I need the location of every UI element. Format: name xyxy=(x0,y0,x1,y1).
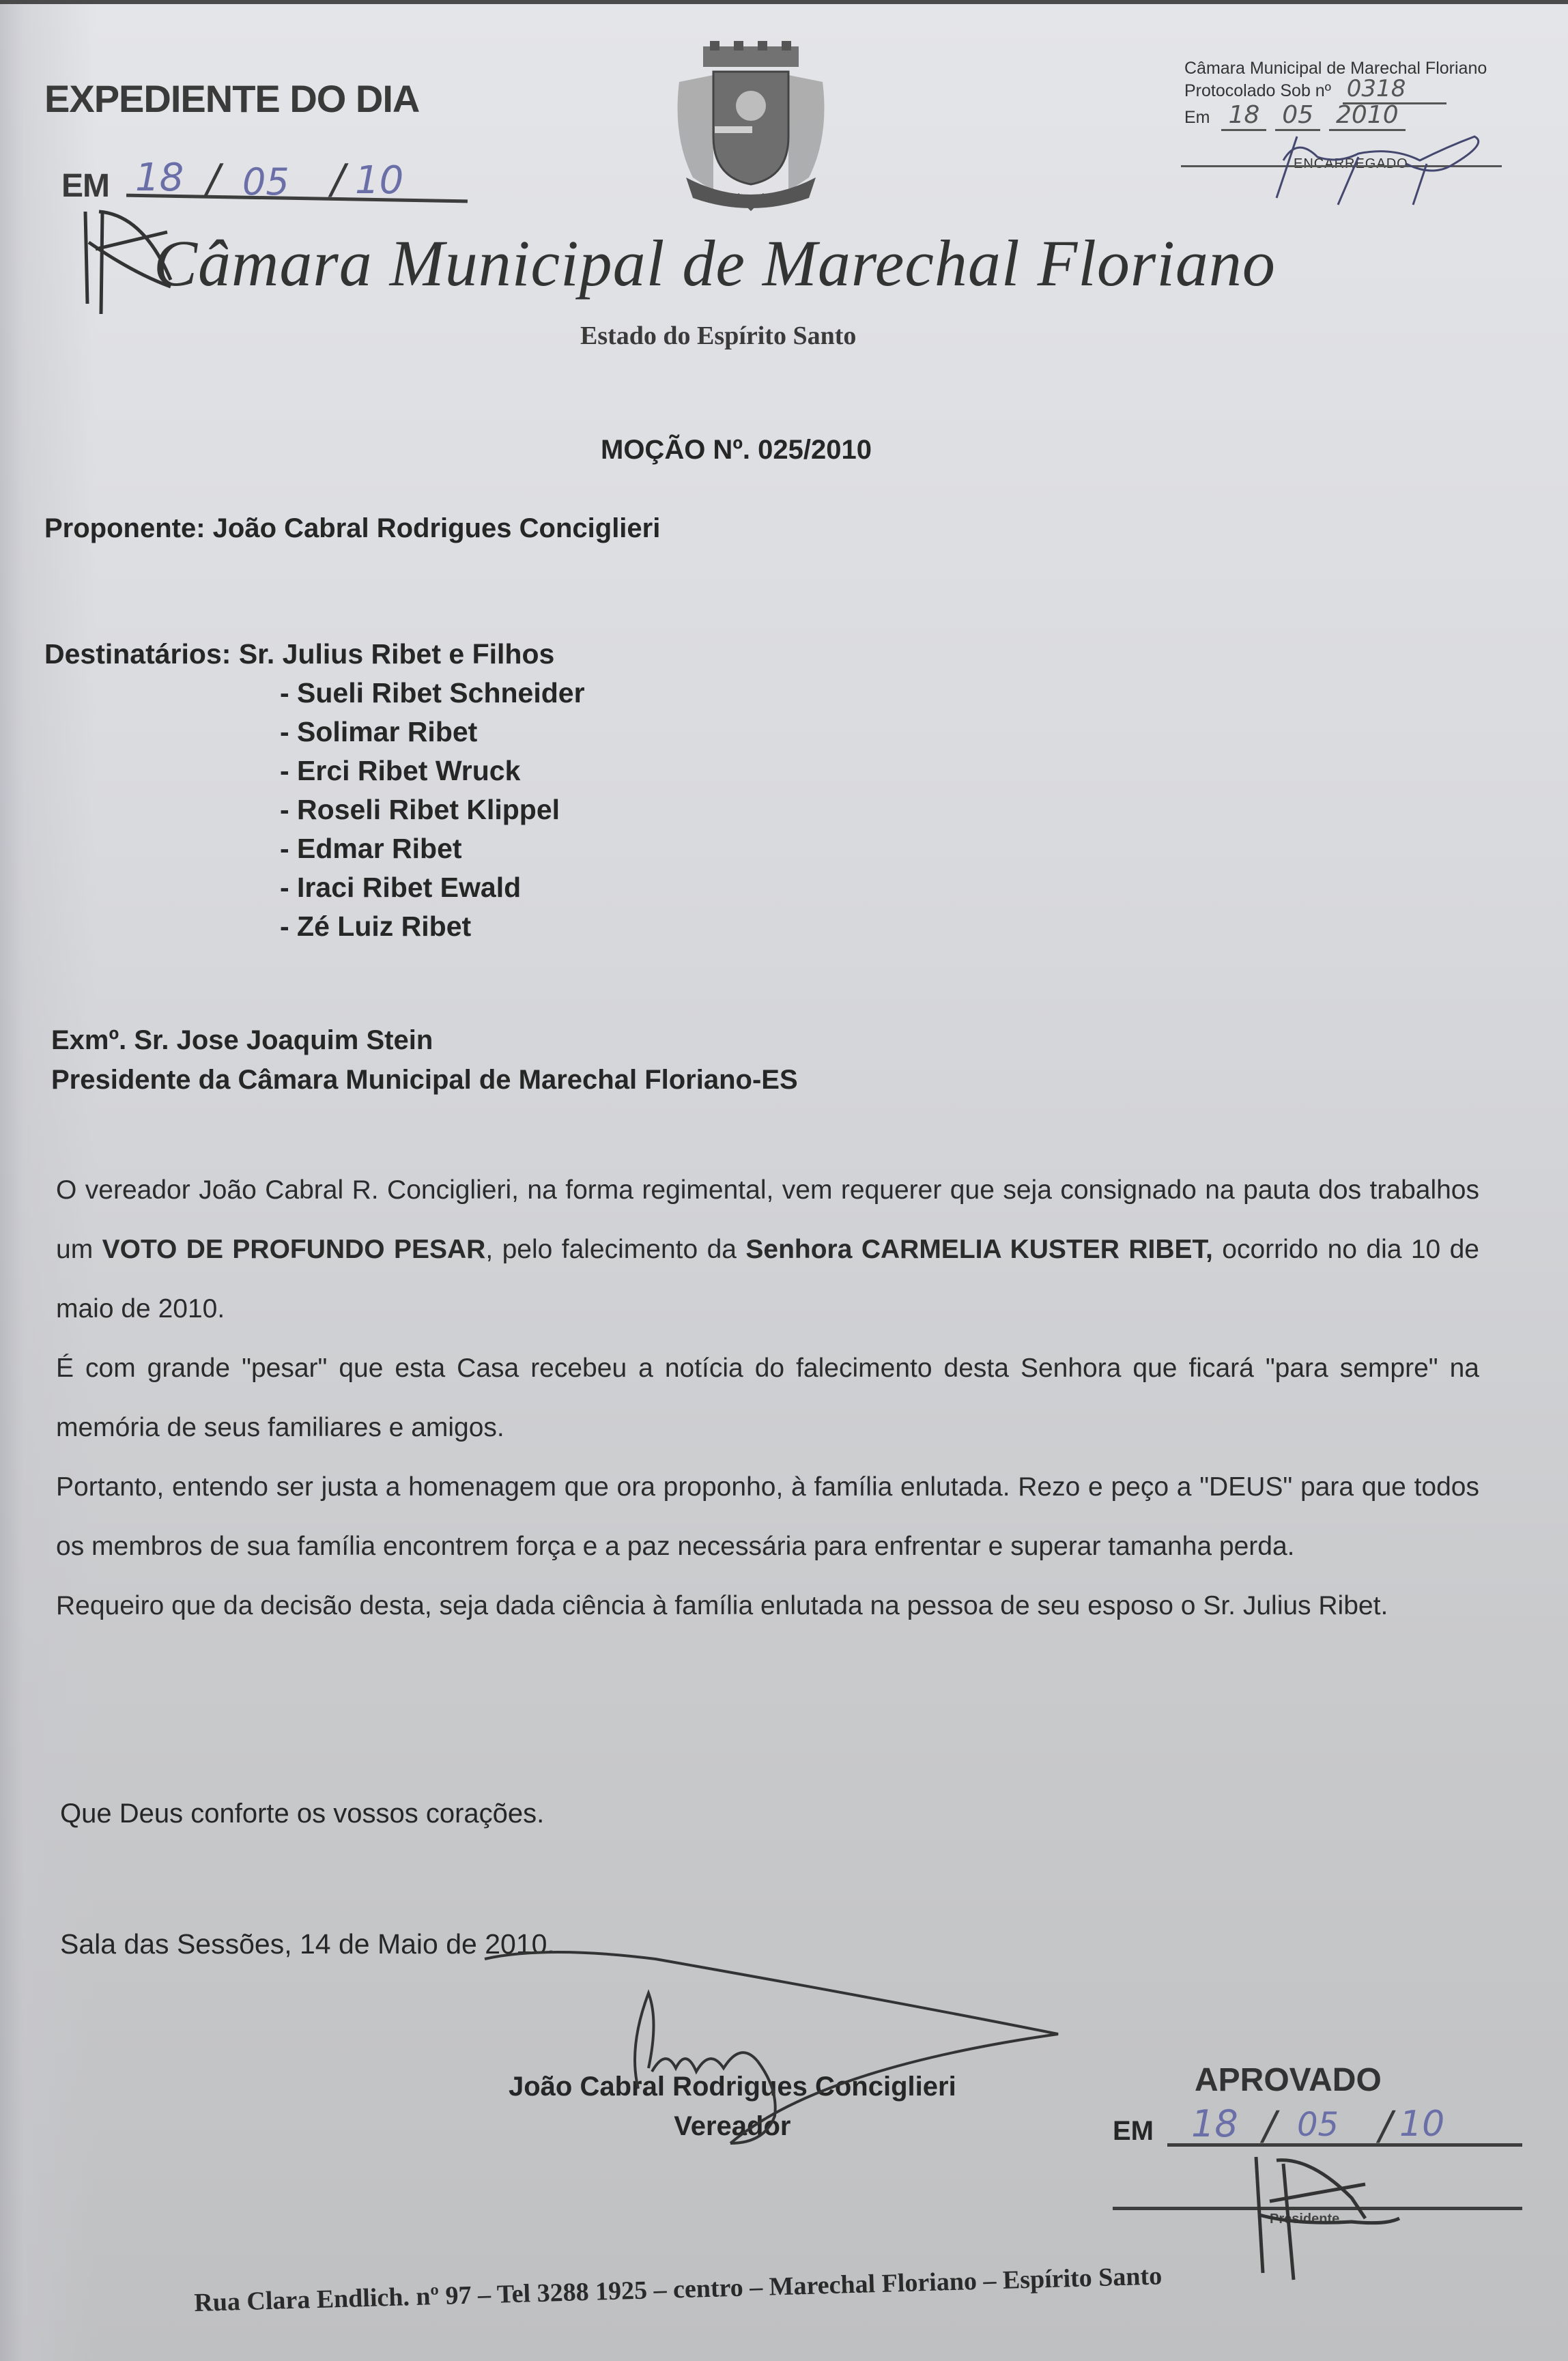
signer-name: João Cabral Rodrigues Conciglieri xyxy=(509,2067,956,2106)
addressee-block: Exmº. Sr. Jose Joaquim Stein Presidente … xyxy=(51,1020,798,1100)
letterhead-subtitle: Estado do Espírito Santo xyxy=(580,321,856,351)
protocol-number-label: Protocolado Sob nº xyxy=(1184,81,1331,100)
approval-date-day: 18 xyxy=(1191,2102,1238,2145)
recipient-item: - Solimar Ribet xyxy=(44,713,585,752)
motion-number: MOÇÃO Nº. 025/2010 xyxy=(601,435,872,466)
approval-date-sep1: / xyxy=(1263,2102,1277,2149)
body-emphasis-vote: VOTO DE PROFUNDO PESAR xyxy=(102,1235,486,1264)
place-date: Sala das Sessões, 14 de Maio de 2010. xyxy=(60,1928,555,1960)
protocol-date-year: 2010 xyxy=(1329,101,1406,131)
protocol-signature-line xyxy=(1181,165,1502,167)
expediente-date-month: 05 xyxy=(242,160,289,203)
protocol-number-value: 0318 xyxy=(1343,75,1447,104)
recipient-item: - Edmar Ribet xyxy=(44,829,585,868)
protocol-date-month: 05 xyxy=(1275,101,1320,131)
footer-address: Rua Clara Endlich. nº 97 – Tel 3288 1925… xyxy=(194,2261,1163,2318)
motion-proponent: Proponente: João Cabral Rodrigues Concig… xyxy=(44,513,660,544)
closing-line: Que Deus conforte os vossos corações. xyxy=(60,1799,544,1829)
body-paragraph-4: Requeiro que da decisão desta, seja dada… xyxy=(56,1576,1479,1635)
expediente-em-label: EM xyxy=(61,167,109,205)
recipients-label: Destinatários: xyxy=(44,638,231,670)
recipients-head: Sr. Julius Ribet e Filhos xyxy=(239,638,555,670)
body-emphasis-deceased: Senhora CARMELIA KUSTER RIBET, xyxy=(745,1235,1213,1264)
motion-body: O vereador João Cabral R. Conciglieri, n… xyxy=(56,1160,1479,1635)
body-paragraph-2: É com grande "pesar" que esta Casa receb… xyxy=(56,1339,1479,1457)
recipient-item: - Zé Luiz Ribet xyxy=(44,907,585,946)
protocol-stamp: Câmara Municipal de Marechal Floriano Pr… xyxy=(1184,58,1487,174)
coat-of-arms-icon xyxy=(672,41,829,212)
body-paragraph-1: O vereador João Cabral R. Conciglieri, n… xyxy=(56,1160,1479,1339)
recipient-item: - Roseli Ribet Klippel xyxy=(44,790,585,829)
addressee-title: Presidente da Câmara Municipal de Marech… xyxy=(51,1060,798,1100)
body-text-run: , pelo falecimento da xyxy=(485,1235,745,1264)
approval-em-label: EM xyxy=(1113,2116,1154,2147)
protocol-role-label: ENCARREGADO xyxy=(1294,154,1487,174)
recipient-item: - Iraci Ribet Ewald xyxy=(44,868,585,907)
protocol-number-row: Protocolado Sob nº 0318 xyxy=(1184,78,1487,101)
protocol-date-label: Em xyxy=(1184,108,1210,127)
expediente-date-year: 10 xyxy=(355,158,403,203)
approval-date-month: 05 xyxy=(1297,2106,1339,2144)
approval-stamp-label: APROVADO xyxy=(1195,2061,1382,2099)
expediente-stamp-label: EXPEDIENTE DO DIA xyxy=(44,76,419,121)
protocol-date-day: 18 xyxy=(1221,101,1266,131)
page-top-edge xyxy=(0,0,1568,4)
approval-date-year: 10 xyxy=(1399,2104,1444,2145)
letterhead-title: Câmara Municipal de Marechal Floriano xyxy=(154,225,1382,301)
recipients-block: Destinatários: Sr. Julius Ribet e Filhos… xyxy=(44,635,585,946)
approval-signature-line xyxy=(1113,2207,1522,2210)
recipient-item: - Sueli Ribet Schneider xyxy=(44,674,585,713)
signature-block: João Cabral Rodrigues Conciglieri Veread… xyxy=(509,2067,956,2146)
expediente-date-sep1: / xyxy=(206,156,220,203)
recipients-head-row: Destinatários: Sr. Julius Ribet e Filhos xyxy=(44,635,585,674)
protocol-date-row: Em 18 05 2010 xyxy=(1184,105,1487,128)
addressee-name: Exmº. Sr. Jose Joaquim Stein xyxy=(51,1020,798,1060)
approval-role-label: Presidente xyxy=(1270,2212,1339,2227)
approval-date-sep2: / xyxy=(1379,2102,1393,2149)
expediente-date-day: 18 xyxy=(135,156,184,200)
body-paragraph-3: Portanto, entendo ser justa a homenagem … xyxy=(56,1457,1479,1576)
expediente-date-sep2: / xyxy=(331,156,345,203)
recipient-item: - Erci Ribet Wruck xyxy=(44,752,585,790)
signer-role: Vereador xyxy=(509,2106,956,2146)
